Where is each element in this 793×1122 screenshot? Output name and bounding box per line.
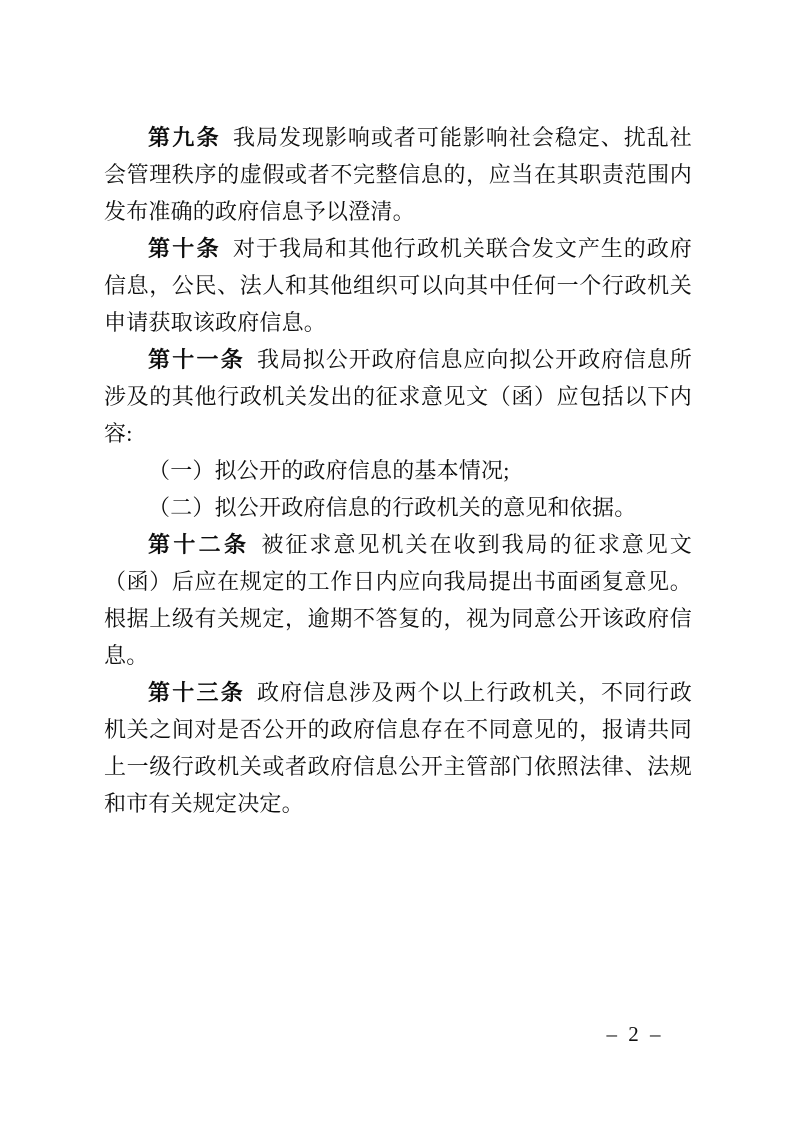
list-item-2-text: （二）拟公开政府信息的行政机关的意见和依据。 xyxy=(148,495,636,520)
article-12-number: 第十二条 xyxy=(148,532,249,557)
paragraph-article-12: 第十二条被征求意见机关在收到我局的征求意见文（函）后应在规定的工作日内应向我局提… xyxy=(104,526,692,674)
article-10-number: 第十条 xyxy=(148,236,221,261)
list-item-1-text: （一）拟公开的政府信息的基本情况; xyxy=(148,458,510,483)
article-13-number: 第十三条 xyxy=(148,680,245,705)
document-body: 第九条我局发现影响或者可能影响社会稳定、扰乱社会管理秩序的虚假或者不完整信息的，… xyxy=(104,119,692,822)
paragraph-article-11: 第十一条我局拟公开政府信息应向拟公开政府信息所涉及的其他行政机关发出的征求意见文… xyxy=(104,341,692,452)
list-item-2: （二）拟公开政府信息的行政机关的意见和依据。 xyxy=(104,489,692,526)
article-11-number: 第十一条 xyxy=(148,347,245,372)
page-number: – 2 – xyxy=(592,1021,678,1047)
paragraph-article-10: 第十条对于我局和其他行政机关联合发文产生的政府信息，公民、法人和其他组织可以向其… xyxy=(104,230,692,341)
document-page: 第九条我局发现影响或者可能影响社会稳定、扰乱社会管理秩序的虚假或者不完整信息的，… xyxy=(0,0,793,1122)
paragraph-article-13: 第十三条政府信息涉及两个以上行政机关，不同行政机关之间对是否公开的政府信息存在不… xyxy=(104,674,692,822)
paragraph-article-9: 第九条我局发现影响或者可能影响社会稳定、扰乱社会管理秩序的虚假或者不完整信息的，… xyxy=(104,119,692,230)
article-9-number: 第九条 xyxy=(148,125,221,150)
list-item-1: （一）拟公开的政府信息的基本情况; xyxy=(104,452,692,489)
